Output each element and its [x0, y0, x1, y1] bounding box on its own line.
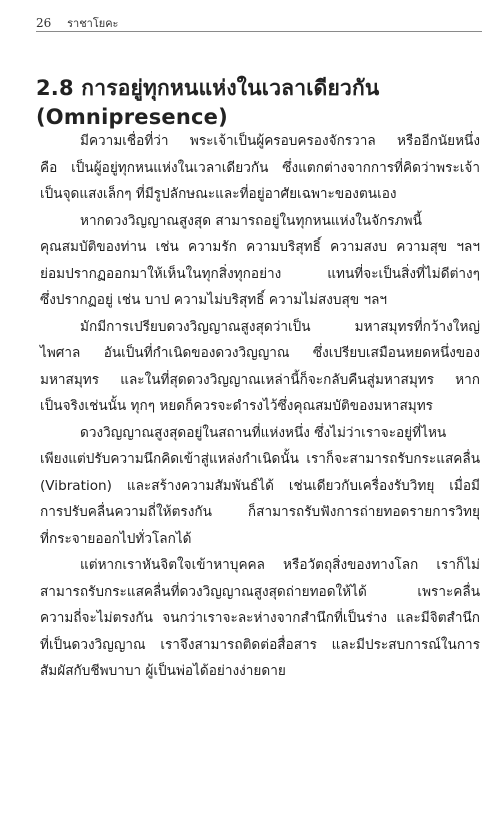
- text-line: แต่หากเราหันจิตใจเข้าหาบุคคล หรือวัตถุสิ…: [40, 552, 480, 579]
- text-line: ย่อมปรากฏออกมาให้เห็นในทุกสิ่งทุกอย่าง แ…: [40, 261, 480, 288]
- text-line: สัมผัสกับชีพบาบา ผู้เป็นพ่อได้อย่างง่ายด…: [40, 658, 480, 685]
- text-line: ไพศาล อันเป็นที่กำเนิดของดวงวิญญาณ ซึ่งเ…: [40, 340, 480, 367]
- running-title: ราชาโยคะ: [67, 14, 118, 32]
- paragraph-2: หากดวงวิญญาณสูงสุด สามารถอยู่ในทุกหนแห่ง…: [40, 208, 480, 314]
- text-line: มหาสมุทร และในที่สุดดวงวิญญาณเหล่านี้ก็จ…: [40, 367, 480, 394]
- section-heading: 2.8 การอยู่ทุกหนแห่งในเวลาเดียวกัน (Omni…: [36, 74, 486, 132]
- header-rule: [36, 31, 482, 32]
- text-line: คุณสมบัติของท่าน เช่น ความรัก ความบริสุท…: [40, 234, 480, 261]
- text-line: มีความเชื่อที่ว่า พระเจ้าเป็นผู้ครอบครอง…: [40, 128, 480, 155]
- text-line: ที่เป็นดวงวิญญาณ เราจึงสามารถติดต่อสื่อส…: [40, 632, 480, 659]
- paragraph-3: มักมีการเปรียบดวงวิญญาณสูงสุดว่าเป็น มหา…: [40, 314, 480, 420]
- text-line: การปรับคลื่นความถี่ให้ตรงกัน ก็สามารถรับ…: [40, 499, 480, 526]
- text-line: ดวงวิญญาณสูงสุดอยู่ในสถานที่แห่งหนึ่ง ซึ…: [40, 420, 480, 447]
- page-number: 26: [36, 16, 51, 30]
- paragraph-5: แต่หากเราหันจิตใจเข้าหาบุคคล หรือวัตถุสิ…: [40, 552, 480, 685]
- section-title: 2.8 การอยู่ทุกหนแห่งในเวลาเดียวกัน: [36, 74, 486, 103]
- page-header: 26 ราชาโยคะ: [36, 14, 482, 32]
- text-line: คือ เป็นผู้อยู่ทุกหนแห่งในเวลาเดียวกัน ซ…: [40, 155, 480, 182]
- body-text: มีความเชื่อที่ว่า พระเจ้าเป็นผู้ครอบครอง…: [40, 128, 480, 685]
- text-line: เป็นจุดแสงเล็กๆ ที่มีรูปลักษณะและที่อยู่…: [40, 181, 480, 208]
- text-line: ที่กระจายออกไปทั่วโลกได้: [40, 526, 480, 553]
- paragraph-4: ดวงวิญญาณสูงสุดอยู่ในสถานที่แห่งหนึ่ง ซึ…: [40, 420, 480, 553]
- text-line: เพียงแต่ปรับความนึกคิดเข้าสู่แหล่งกำเนิด…: [40, 446, 480, 473]
- text-line: มักมีการเปรียบดวงวิญญาณสูงสุดว่าเป็น มหา…: [40, 314, 480, 341]
- text-line: (Vibration) และสร้างความสัมพันธ์ได้ เช่น…: [40, 473, 480, 500]
- text-line: ความถี่จะไม่ตรงกัน จนกว่าเราจะละห่างจากส…: [40, 605, 480, 632]
- text-line: ซึ่งปรากฏอยู่ เช่น บาป ความไม่บริสุทธิ์ …: [40, 287, 480, 314]
- paragraph-1: มีความเชื่อที่ว่า พระเจ้าเป็นผู้ครอบครอง…: [40, 128, 480, 208]
- text-line: สามารถรับกระแสคลื่นที่ดวงวิญญาณสูงสุดถ่า…: [40, 579, 480, 606]
- text-line: เป็นจริงเช่นนั้น ทุกๆ หยดก็ควรจะดำรงไว้ซ…: [40, 393, 480, 420]
- text-line: หากดวงวิญญาณสูงสุด สามารถอยู่ในทุกหนแห่ง…: [40, 208, 480, 235]
